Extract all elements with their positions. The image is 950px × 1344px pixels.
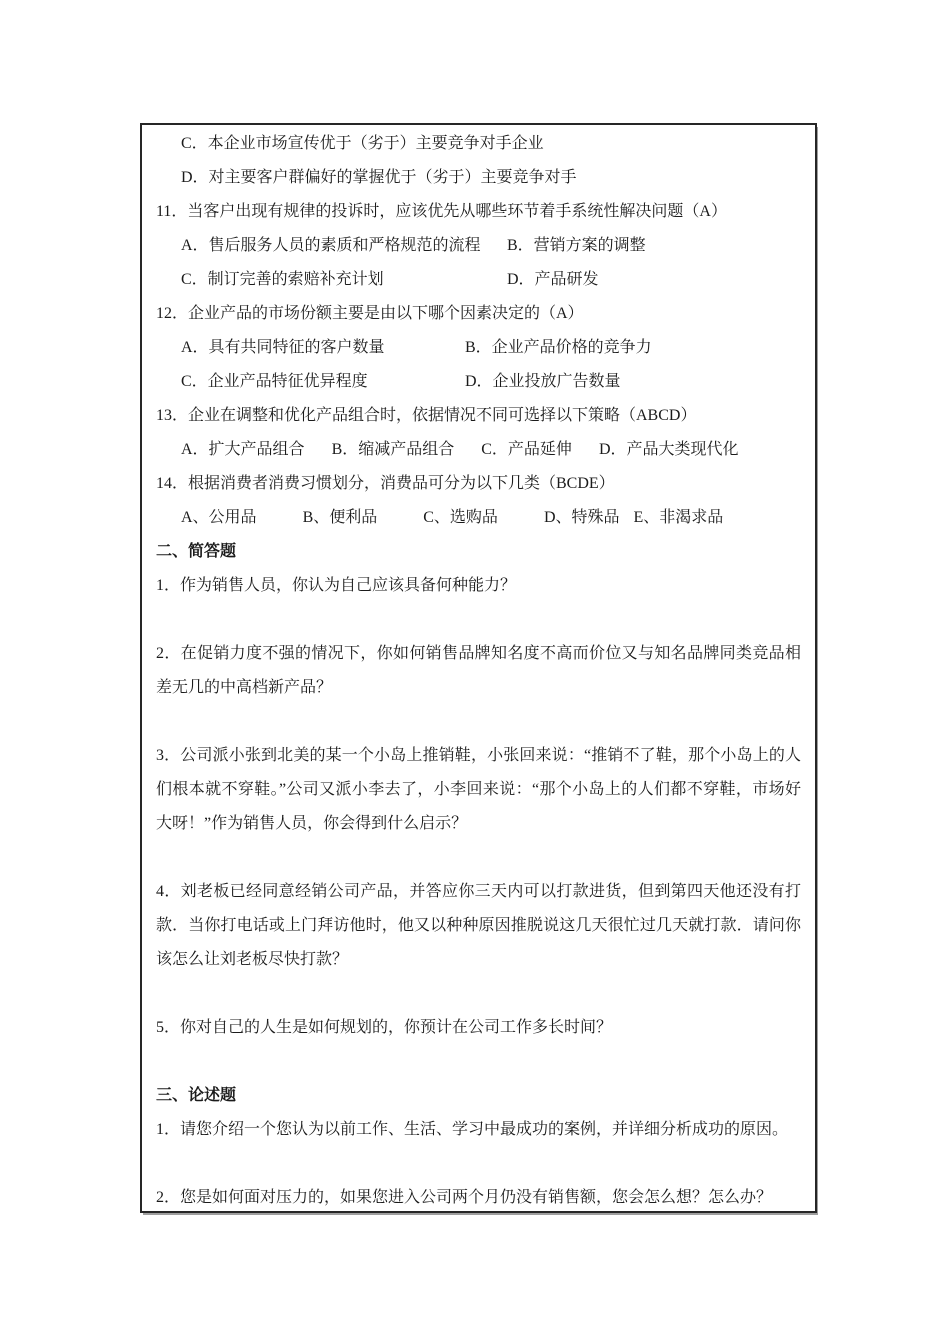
blank-line [156, 841, 801, 875]
choice-option: B．企业产品价格的竞争力 [465, 331, 652, 365]
choice-option: C、选购品 [423, 501, 498, 535]
blank-line [156, 705, 801, 739]
question-line: 1．请您介绍一个您认为以前工作、生活、学习中最成功的案例，并详细分析成功的原因。 [156, 1113, 801, 1147]
choice-option: D、特殊品 [544, 501, 620, 535]
choice-option: A．售后服务人员的素质和严格规范的流程 [181, 229, 507, 263]
choice-option: A、公用品 [181, 501, 257, 535]
choice-option: D．产品研发 [507, 263, 599, 297]
choice-option: C．产品延伸 [481, 433, 572, 467]
blank-line [156, 1045, 801, 1079]
question-paragraph: 3．公司派小张到北美的某一个小岛上推销鞋，小张回来说：“推销不了鞋，那个小岛上的… [156, 739, 801, 841]
blank-line [156, 1147, 801, 1181]
choice-option: D．产品大类现代化 [599, 433, 739, 467]
choice-option: B．营销方案的调整 [507, 229, 646, 263]
question-line: 5．你对自己的人生是如何规划的，你预计在公司工作多长时间？ [156, 1011, 801, 1045]
choice-option-pair: A．售后服务人员的素质和严格规范的流程B．营销方案的调整 [156, 229, 801, 263]
choice-option-pair: A．具有共同特征的客户数量B．企业产品价格的竞争力 [156, 331, 801, 365]
section-header: 二、简答题 [156, 535, 801, 569]
question-line: 12．企业产品的市场份额主要是由以下哪个因素决定的（A） [156, 297, 801, 331]
question-line: 13．企业在调整和优化产品组合时，依据情况不同可选择以下策略（ABCD） [156, 399, 801, 433]
question-line: 2．您是如何面对压力的，如果您进入公司两个月仍没有销售额，您会怎么想？怎么办？ [156, 1181, 801, 1215]
question-line: 14．根据消费者消费习惯划分，消费品可分为以下几类（BCDE） [156, 467, 801, 501]
blank-line [156, 603, 801, 637]
choice-option: B．缩减产品组合 [332, 433, 455, 467]
choice-option: B、便利品 [303, 501, 378, 535]
document-page: C．本企业市场宣传优于（劣于）主要竞争对手企业D．对主要客户群偏好的掌握优于（劣… [0, 0, 950, 1344]
blank-line [156, 977, 801, 1011]
choice-option-line: D．对主要客户群偏好的掌握优于（劣于）主要竞争对手 [156, 161, 801, 195]
choice-option: E、非渴求品 [634, 501, 724, 535]
question-line: 11．当客户出现有规律的投诉时，应该优先从哪些环节着手系统性解决问题（A） [156, 195, 801, 229]
choice-option-row: A．扩大产品组合B．缩减产品组合C．产品延伸D．产品大类现代化 [156, 433, 801, 467]
choice-option: A．扩大产品组合 [181, 433, 305, 467]
content-border-box: C．本企业市场宣传优于（劣于）主要竞争对手企业D．对主要客户群偏好的掌握优于（劣… [140, 123, 817, 1213]
choice-option: C．企业产品特征优异程度 [181, 365, 465, 399]
question-paragraph: 2．在促销力度不强的情况下，你如何销售品牌知名度不高而价位又与知名品牌同类竞品相… [156, 637, 801, 705]
choice-option-row: A、公用品B、便利品C、选购品D、特殊品E、非渴求品 [156, 501, 801, 535]
question-paragraph: 4．刘老板已经同意经销公司产品，并答应你三天内可以打款进货，但到第四天他还没有打… [156, 875, 801, 977]
question-line: 1．作为销售人员，你认为自己应该具备何种能力？ [156, 569, 801, 603]
choice-option-pair: C．企业产品特征优异程度D．企业投放广告数量 [156, 365, 801, 399]
choice-option-line: C．本企业市场宣传优于（劣于）主要竞争对手企业 [156, 127, 801, 161]
choice-option-pair: C．制订完善的索赔补充计划D．产品研发 [156, 263, 801, 297]
choice-option: C．制订完善的索赔补充计划 [181, 263, 507, 297]
choice-option: A．具有共同特征的客户数量 [181, 331, 465, 365]
choice-option: D．企业投放广告数量 [465, 365, 621, 399]
section-header: 三、论述题 [156, 1079, 801, 1113]
